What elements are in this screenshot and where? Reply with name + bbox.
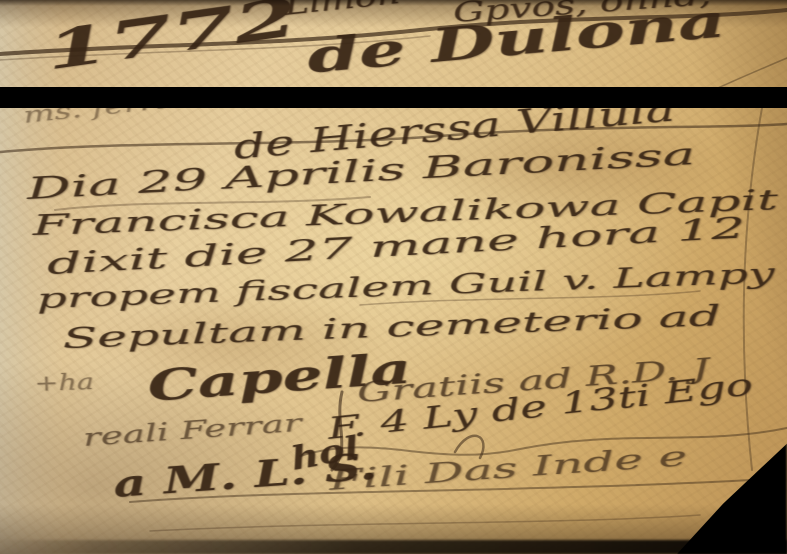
redaction-bar (0, 87, 787, 108)
ink-rule-bottom-faint (150, 515, 700, 531)
handwriting-line-ha: +ha (34, 370, 94, 397)
manuscript-photo: Limon Gpvos, onnd, 1772 de Dulona ms. fe… (0, 0, 787, 554)
